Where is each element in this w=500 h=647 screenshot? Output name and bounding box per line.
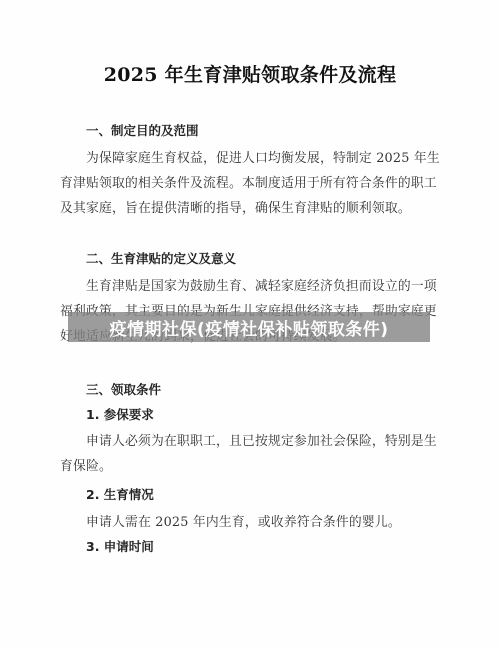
document-title: 2025 年生育津贴领取条件及流程 xyxy=(0,60,500,87)
subsection-heading-birth: 2. 生育情况 xyxy=(86,485,154,503)
document-page: 2025 年生育津贴领取条件及流程 一、制定目的及范围 为保障家庭生育权益，促进… xyxy=(0,0,500,647)
overlay-title-banner: 疫情期社保(疫情社保补贴领取条件) xyxy=(68,312,430,342)
paragraph-line: 育津贴领取的相关条件及流程。本制度适用于所有符合条件的职工 xyxy=(60,172,437,191)
paragraph-line: 生育津贴是国家为鼓励生育、减轻家庭经济负担而设立的一项 xyxy=(86,275,437,294)
paragraph-line: 申请人必须为在职职工，且已按规定参加社会保险，特别是生 xyxy=(86,430,437,449)
overlay-banner-text: 疫情期社保(疫情社保补贴领取条件) xyxy=(109,315,388,340)
paragraph-line: 申请人需在 2025 年内生育，或收养符合条件的婴儿。 xyxy=(86,511,401,530)
section-heading-conditions: 三、领取条件 xyxy=(86,380,161,398)
paragraph-line: 为保障家庭生育权益，促进人口均衡发展，特制定 2025 年生 xyxy=(86,147,440,166)
subsection-heading-application-time: 3. 申请时间 xyxy=(86,537,154,555)
section-heading-purpose: 一、制定目的及范围 xyxy=(86,121,199,139)
paragraph-line: 及其家庭，旨在提供清晰的指导，确保生育津贴的顺利领取。 xyxy=(60,197,411,216)
paragraph-line: 育保险。 xyxy=(60,455,112,474)
section-heading-definition: 二、生育津贴的定义及意义 xyxy=(86,249,236,267)
subsection-heading-insurance: 1. 参保要求 xyxy=(86,405,154,423)
